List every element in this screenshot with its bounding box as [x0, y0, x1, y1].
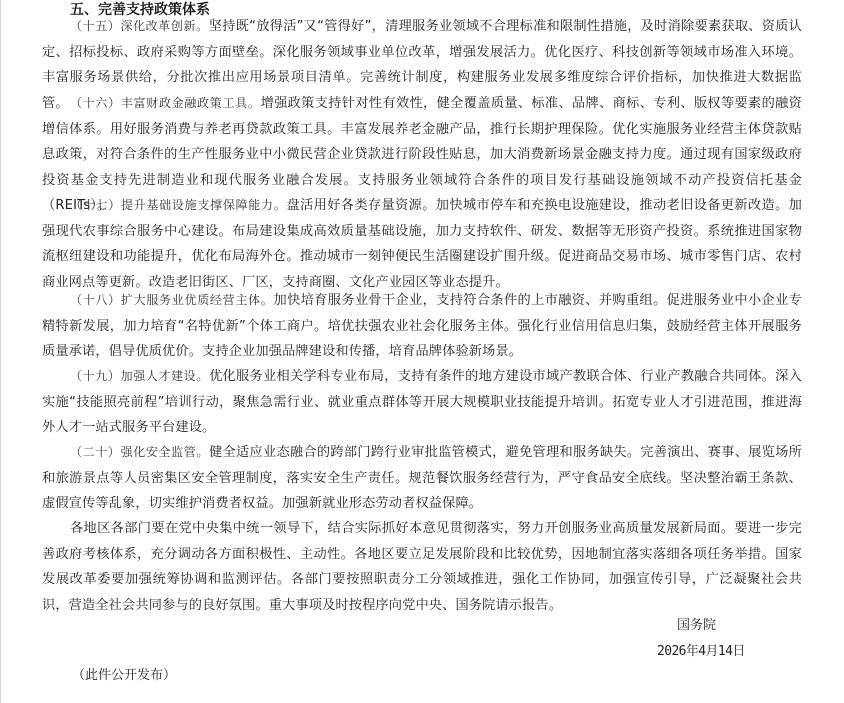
document-body: 五、完善支持政策体系 （十五）深化改革创新。坚持既“放得活”又“管得好”，清理服… [42, 0, 802, 24]
paragraph-lead: （十九）加强人才建设。 [70, 369, 209, 383]
paragraph-17: （十七）提升基础设施支撑保障能力。盘活用好各类存量资源。加快城市停车和充换电设施… [42, 193, 802, 295]
closing-paragraph: 各地区各部门要在党中央集中统一领导下，结合实际抓好本意见贯彻落实，努力开创服务业… [42, 516, 802, 618]
paragraph-20: （二十）强化安全监管。健全适应业态融合的跨部门跨行业审批监管模式，避免管理和服务… [42, 440, 802, 517]
paragraph-lead: （十八）扩大服务业优质经营主体。 [70, 293, 274, 307]
issue-date: 2026年4月14日 [657, 640, 745, 659]
paragraph-18: （十八）扩大服务业优质经营主体。加快培育服务业骨干企业，支持符合条件的上市融资、… [42, 288, 802, 365]
issuer-signature: 国务院 [677, 614, 716, 633]
paragraph-lead: （二十）强化安全监管。 [70, 445, 209, 459]
publication-note: （此件公开发布） [72, 664, 176, 683]
paragraph-lead: （十五）深化改革创新。 [70, 19, 209, 33]
paragraph-19: （十九）加强人才建设。优化服务业相关学科专业布局，支持有条件的地方建设市域产教联… [42, 364, 802, 441]
paragraph-lead: （十七）提升基础设施支撑保障能力。 [70, 198, 287, 212]
paragraph-lead: （十六）丰富财政金融政策工具。 [70, 96, 261, 110]
page-left-border [0, 0, 1, 703]
